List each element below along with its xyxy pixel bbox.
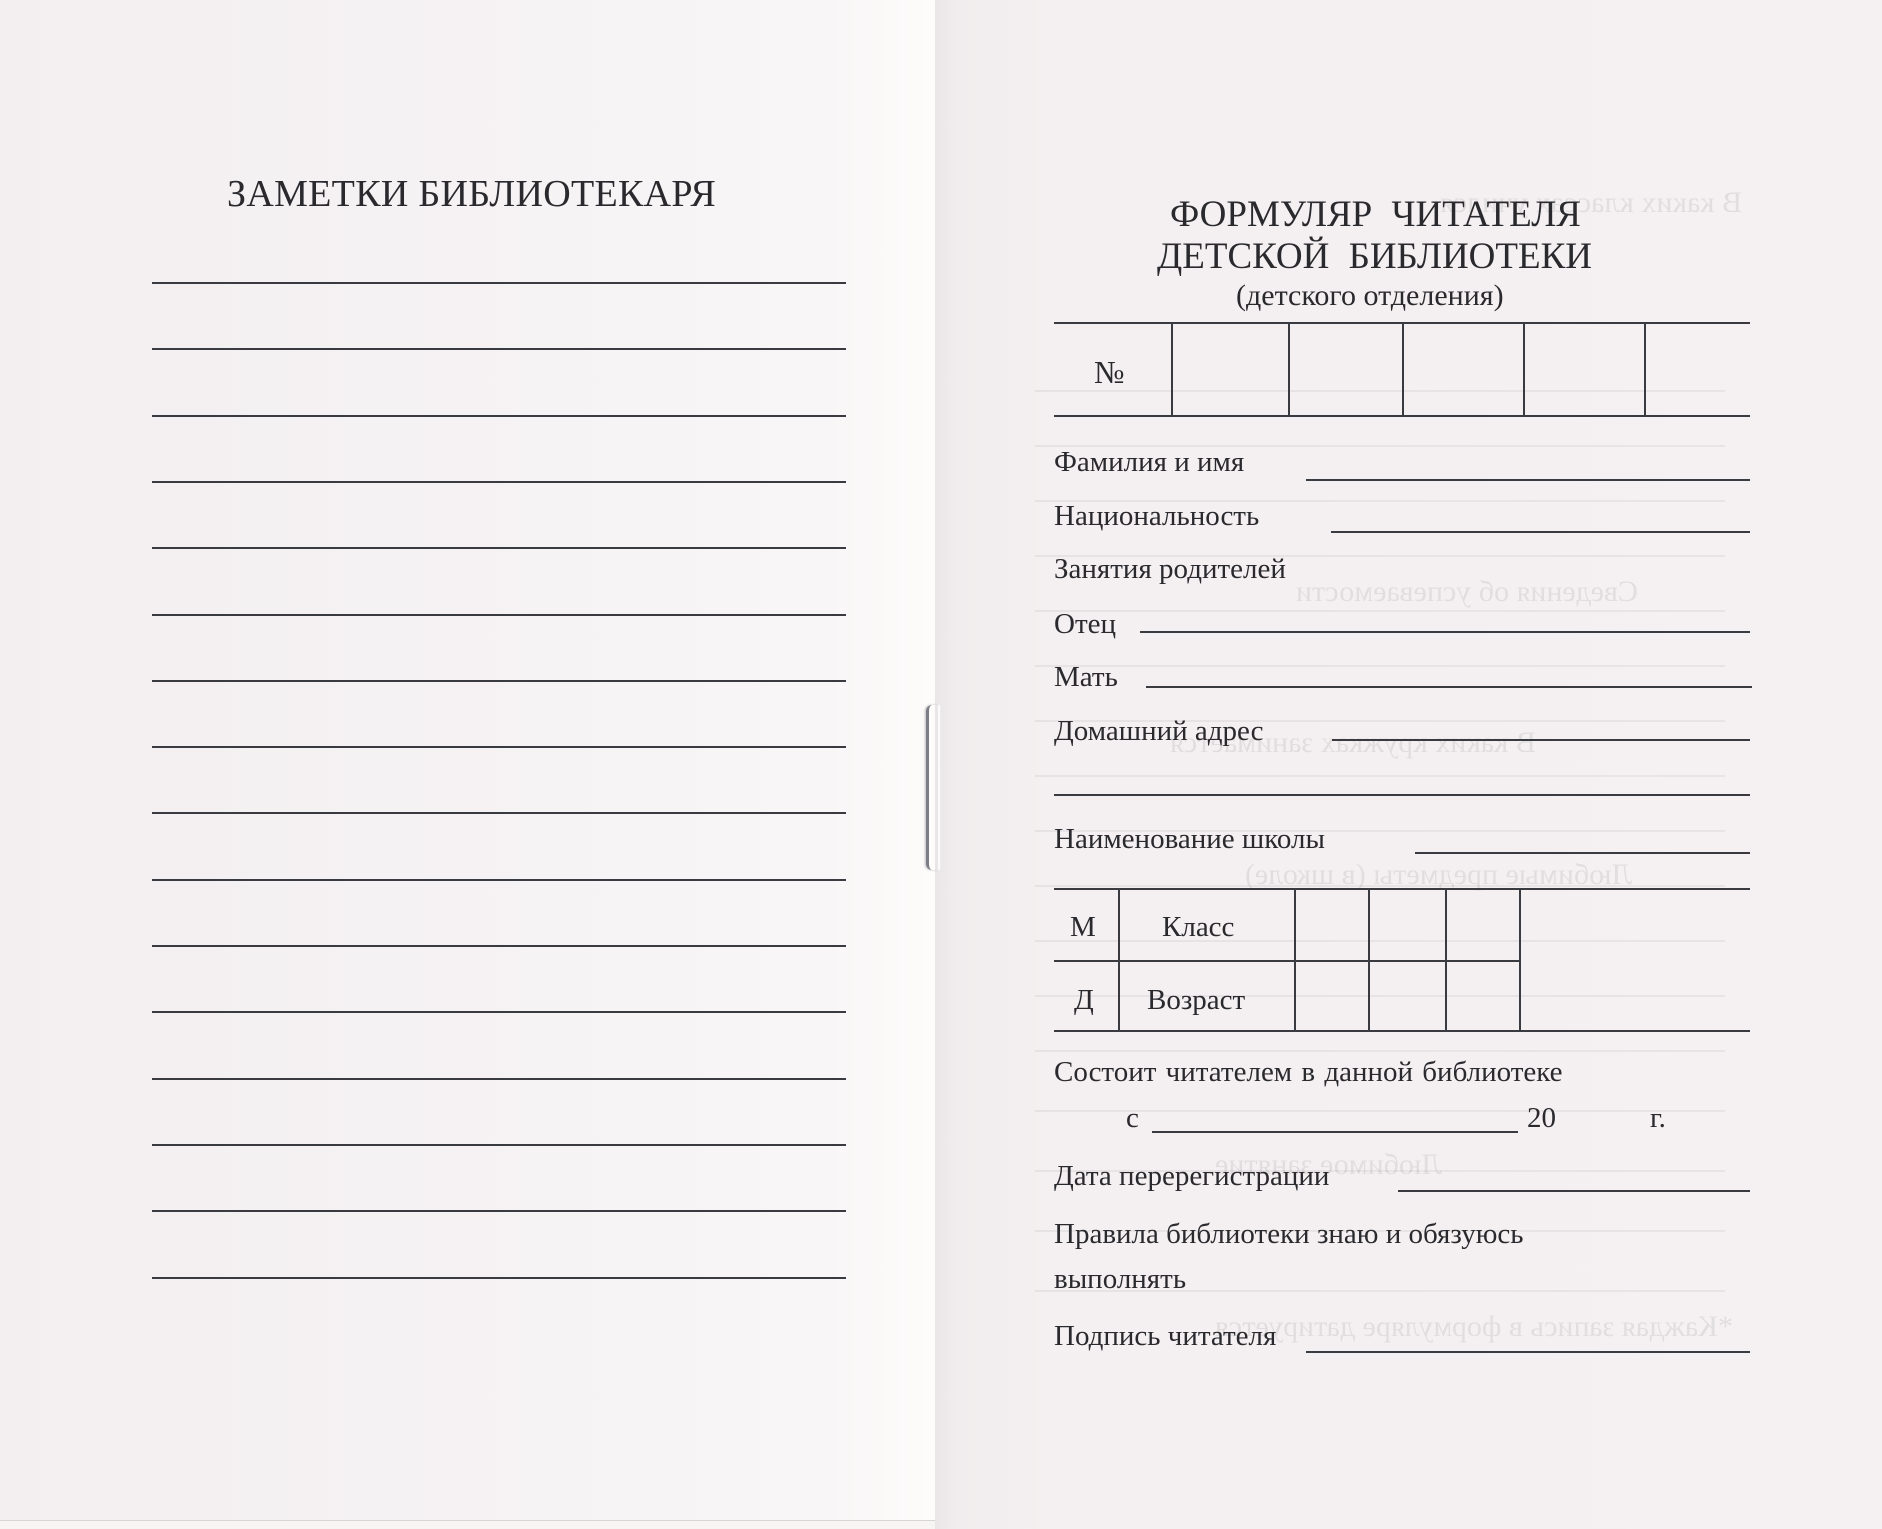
form-title-line2: ДЕТСКОЙ БИБЛИОТЕКИ (1157, 238, 1592, 275)
age-cell[interactable] (1296, 962, 1367, 1029)
note-line[interactable] (152, 1277, 846, 1279)
bleed-through-line (1035, 775, 1725, 777)
bleed-through-line (1035, 885, 1725, 887)
reregistration-field[interactable] (1398, 1190, 1750, 1192)
membership-year-suffix: г. (1650, 1104, 1666, 1133)
parents-occupation-label: Занятия родителей (1054, 555, 1286, 584)
number-cell[interactable] (1173, 324, 1287, 414)
mother-field[interactable] (1146, 686, 1752, 688)
form-subtitle: (детского отделения) (1236, 281, 1504, 311)
number-cell[interactable] (1646, 324, 1750, 414)
note-line[interactable] (152, 945, 846, 947)
librarian-notes-title: ЗАМЕТКИ БИБЛИОТЕКАРЯ (227, 175, 716, 213)
note-line[interactable] (152, 282, 846, 284)
note-line[interactable] (152, 547, 846, 549)
bleed-through-line (1035, 1050, 1725, 1052)
reregistration-label: Дата перерегистрации (1054, 1162, 1329, 1191)
father-field[interactable] (1140, 631, 1750, 633)
note-line[interactable] (152, 879, 846, 881)
note-line[interactable] (152, 1011, 846, 1013)
number-label: № (1094, 356, 1125, 388)
age-cell[interactable] (1370, 962, 1444, 1029)
note-line[interactable] (152, 1078, 846, 1080)
class-cell[interactable] (1370, 890, 1444, 959)
home-address-field[interactable] (1332, 739, 1750, 741)
class-cell[interactable] (1296, 890, 1367, 959)
membership-year-prefix: 20 (1527, 1104, 1556, 1133)
number-cell[interactable] (1525, 324, 1643, 414)
bleed-through-text: Сведения об успеваемости (1296, 577, 1638, 607)
number-cell[interactable] (1404, 324, 1522, 414)
staple (926, 705, 938, 870)
form-title-line1: ФОРМУЛЯР ЧИТАТЕЛЯ (1170, 196, 1581, 233)
note-line[interactable] (152, 415, 846, 417)
age-cell[interactable] (1447, 962, 1518, 1029)
nationality-field[interactable] (1331, 531, 1750, 533)
left-page (0, 0, 935, 1524)
gender-f-label: Д (1074, 986, 1094, 1015)
note-line[interactable] (152, 481, 846, 483)
full-name-label: Фамилия и имя (1054, 448, 1244, 477)
age-label: Возраст (1147, 986, 1245, 1015)
signature-field[interactable] (1306, 1351, 1750, 1353)
note-line[interactable] (152, 746, 846, 748)
school-name-label: Наименование школы (1054, 825, 1325, 854)
membership-since-prefix: с (1126, 1104, 1139, 1133)
rules-text-line2: выполнять (1054, 1265, 1186, 1294)
gender-m-label: М (1070, 913, 1096, 942)
full-name-field[interactable] (1306, 479, 1750, 481)
note-line[interactable] (152, 614, 846, 616)
home-address-label: Домашний адрес (1054, 717, 1264, 746)
note-line[interactable] (152, 1144, 846, 1146)
rules-text-line1: Правила библиотеки знаю и обязуюсь (1054, 1220, 1523, 1249)
signature-label: Подпись читателя (1054, 1322, 1276, 1351)
bleed-through-text: *Каждая запись в формуляре датируется (1215, 1312, 1733, 1342)
father-label: Отец (1054, 610, 1116, 639)
note-line[interactable] (152, 680, 846, 682)
class-cell[interactable] (1447, 890, 1518, 959)
membership-text: Состоит читателем в данной библиотеке (1054, 1058, 1563, 1087)
school-name-field[interactable] (1415, 852, 1750, 854)
note-line[interactable] (152, 1210, 846, 1212)
number-cell[interactable] (1290, 324, 1401, 414)
membership-date-field[interactable] (1152, 1131, 1518, 1133)
membership-year-field[interactable] (1566, 1104, 1636, 1136)
note-line[interactable] (152, 348, 846, 350)
left-page-bottom-edge (0, 1520, 935, 1529)
bleed-through-line (1035, 665, 1725, 667)
class-label: Класс (1162, 913, 1234, 942)
home-address-field-line2[interactable] (1054, 794, 1750, 796)
mother-label: Мать (1054, 663, 1118, 692)
nationality-label: Национальность (1054, 502, 1259, 531)
bleed-through-line (1035, 610, 1725, 612)
note-line[interactable] (152, 812, 846, 814)
